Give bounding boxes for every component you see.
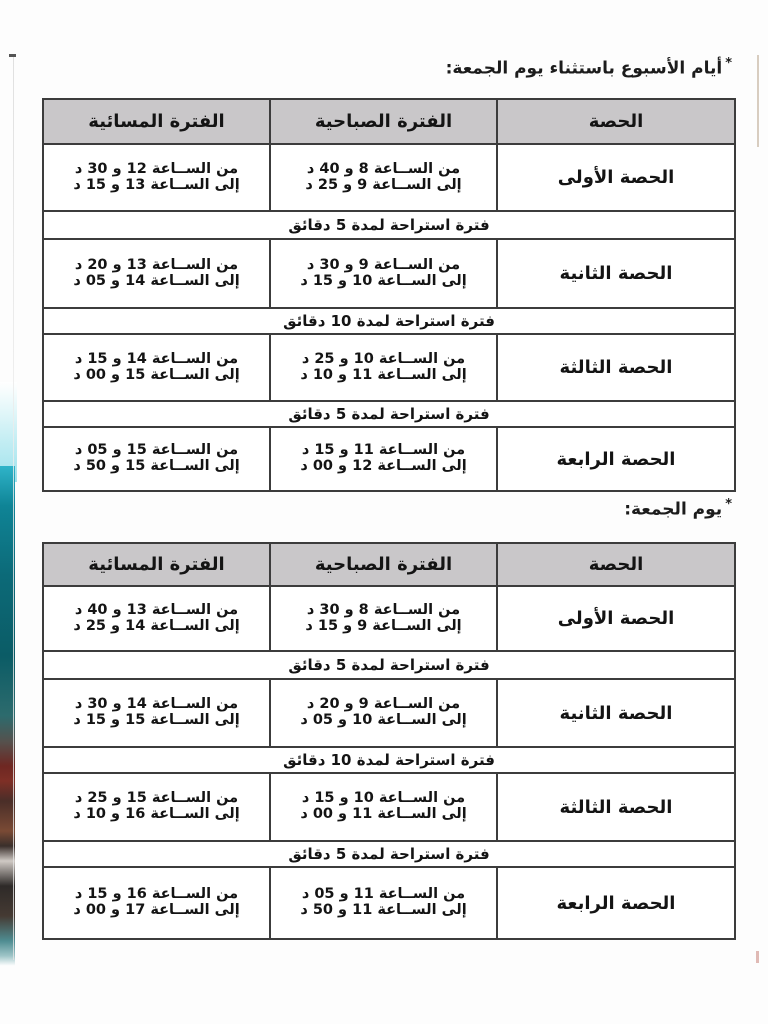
morning-from: من الســاعة 11 و 05 د xyxy=(302,887,465,903)
morning-to: إلى الســاعة 9 و 25 د xyxy=(305,178,461,194)
session-row: الحصة الرابعة من الســاعة 11 و 15 د إلى … xyxy=(43,427,735,491)
session-row: الحصة الثانية من الســاعة 9 و 20 د إلى ا… xyxy=(43,679,735,747)
note-weekdays-text: أيام الأسبوع باستثناء يوم الجمعة: xyxy=(446,59,723,79)
session-label: الحصة الرابعة xyxy=(497,427,735,491)
session-label: الحصة الأولى xyxy=(497,144,735,211)
break-row: فترة استراحة لمدة 5 دقائق xyxy=(43,841,735,867)
friday-schedule-table: الحصة الفترة الصباحية الفترة المسائية ال… xyxy=(42,542,736,940)
morning-times: من الســاعة 8 و 30 د إلى الســاعة 9 و 15… xyxy=(270,586,497,651)
morning-from: من الســاعة 9 و 30 د xyxy=(307,258,460,274)
morning-to: إلى الســاعة 10 و 05 د xyxy=(300,713,466,729)
evening-to: إلى الســاعة 14 و 25 د xyxy=(73,619,239,635)
morning-from: من الســاعة 8 و 30 د xyxy=(307,603,460,619)
page-fold-line xyxy=(13,55,14,960)
session-row: الحصة الرابعة من الســاعة 11 و 05 د إلى … xyxy=(43,867,735,939)
evening-times: من الســاعة 13 و 20 د إلى الســاعة 14 و … xyxy=(43,239,270,308)
col-header-evening: الفترة المسائية xyxy=(43,99,270,144)
evening-to: إلى الســاعة 15 و 00 د xyxy=(73,368,239,384)
morning-times: من الســاعة 9 و 20 د إلى الســاعة 10 و 0… xyxy=(270,679,497,747)
morning-to: إلى الســاعة 12 و 00 د xyxy=(300,459,466,475)
morning-to: إلى الســاعة 10 و 15 د xyxy=(300,274,466,290)
break-label: فترة استراحة لمدة 10 دقائق xyxy=(43,747,735,773)
col-header-morning: الفترة الصباحية xyxy=(270,543,497,586)
break-label: فترة استراحة لمدة 5 دقائق xyxy=(43,841,735,867)
col-header-session: الحصة xyxy=(497,99,735,144)
col-header-morning: الفترة الصباحية xyxy=(270,99,497,144)
evening-to: إلى الســاعة 15 و 15 د xyxy=(73,713,239,729)
morning-from: من الســاعة 9 و 20 د xyxy=(307,697,460,713)
document-page: *أيام الأسبوع باستثناء يوم الجمعة: الحصة… xyxy=(0,0,768,1024)
evening-from: من الســاعة 16 و 15 د xyxy=(75,887,238,903)
session-row: الحصة الأولى من الســاعة 8 و 30 د إلى ال… xyxy=(43,586,735,651)
session-label: الحصة الأولى xyxy=(497,586,735,651)
morning-times: من الســاعة 11 و 15 د إلى الســاعة 12 و … xyxy=(270,427,497,491)
asterisk: * xyxy=(725,497,732,512)
evening-from: من الســاعة 14 و 15 د xyxy=(75,352,238,368)
morning-times: من الســاعة 8 و 40 د إلى الســاعة 9 و 25… xyxy=(270,144,497,211)
evening-from: من الســاعة 15 و 05 د xyxy=(75,443,238,459)
scan-artifact-mark xyxy=(9,54,16,57)
session-row: الحصة الثالثة من الســاعة 10 و 15 د إلى … xyxy=(43,773,735,841)
morning-from: من الســاعة 8 و 40 د xyxy=(307,162,460,178)
evening-from: من الســاعة 13 و 40 د xyxy=(75,603,238,619)
break-label: فترة استراحة لمدة 5 دقائق xyxy=(43,651,735,679)
weekdays-schedule-table: الحصة الفترة الصباحية الفترة المسائية ال… xyxy=(42,98,736,492)
evening-to: إلى الســاعة 16 و 10 د xyxy=(73,807,239,823)
break-row: فترة استراحة لمدة 5 دقائق xyxy=(43,401,735,427)
evening-to: إلى الســاعة 15 و 50 د xyxy=(73,459,239,475)
break-row: فترة استراحة لمدة 10 دقائق xyxy=(43,308,735,334)
evening-times: من الســاعة 14 و 30 د إلى الســاعة 15 و … xyxy=(43,679,270,747)
evening-from: من الســاعة 15 و 25 د xyxy=(75,791,238,807)
morning-times: من الســاعة 10 و 15 د إلى الســاعة 11 و … xyxy=(270,773,497,841)
scan-artifact-bottom-mark xyxy=(756,951,759,963)
break-row: فترة استراحة لمدة 5 دقائق xyxy=(43,651,735,679)
session-label: الحصة الثانية xyxy=(497,239,735,308)
header-row: الحصة الفترة الصباحية الفترة المسائية xyxy=(43,99,735,144)
evening-from: من الســاعة 12 و 30 د xyxy=(75,162,238,178)
morning-from: من الســاعة 11 و 15 د xyxy=(302,443,465,459)
morning-to: إلى الســاعة 11 و 00 د xyxy=(300,807,466,823)
evening-times: من الســاعة 12 و 30 د إلى الســاعة 13 و … xyxy=(43,144,270,211)
morning-times: من الســاعة 10 و 25 د إلى الســاعة 11 و … xyxy=(270,334,497,401)
evening-to: إلى الســاعة 14 و 05 د xyxy=(73,274,239,290)
note-friday: *يوم الجمعة: xyxy=(624,497,732,520)
evening-from: من الســاعة 14 و 30 د xyxy=(75,697,238,713)
break-label: فترة استراحة لمدة 10 دقائق xyxy=(43,308,735,334)
note-weekdays: *أيام الأسبوع باستثناء يوم الجمعة: xyxy=(446,56,732,79)
morning-to: إلى الســاعة 11 و 10 د xyxy=(300,368,466,384)
header-row: الحصة الفترة الصباحية الفترة المسائية xyxy=(43,543,735,586)
session-label: الحصة الثالثة xyxy=(497,334,735,401)
session-row: الحصة الأولى من الســاعة 8 و 40 د إلى ال… xyxy=(43,144,735,211)
session-row: الحصة الثانية من الســاعة 9 و 30 د إلى ا… xyxy=(43,239,735,308)
evening-times: من الســاعة 13 و 40 د إلى الســاعة 14 و … xyxy=(43,586,270,651)
evening-times: من الســاعة 16 و 15 د إلى الســاعة 17 و … xyxy=(43,867,270,939)
col-header-session: الحصة xyxy=(497,543,735,586)
evening-times: من الســاعة 15 و 05 د إلى الســاعة 15 و … xyxy=(43,427,270,491)
session-label: الحصة الثالثة xyxy=(497,773,735,841)
evening-times: من الســاعة 14 و 15 د إلى الســاعة 15 و … xyxy=(43,334,270,401)
session-label: الحصة الرابعة xyxy=(497,867,735,939)
morning-times: من الســاعة 9 و 30 د إلى الســاعة 10 و 1… xyxy=(270,239,497,308)
evening-to: إلى الســاعة 17 و 00 د xyxy=(73,903,239,919)
asterisk: * xyxy=(725,56,732,71)
evening-to: إلى الســاعة 13 و 15 د xyxy=(73,178,239,194)
morning-from: من الســاعة 10 و 25 د xyxy=(302,352,465,368)
morning-from: من الســاعة 10 و 15 د xyxy=(302,791,465,807)
break-row: فترة استراحة لمدة 10 دقائق xyxy=(43,747,735,773)
session-label: الحصة الثانية xyxy=(497,679,735,747)
col-header-evening: الفترة المسائية xyxy=(43,543,270,586)
evening-times: من الســاعة 15 و 25 د إلى الســاعة 16 و … xyxy=(43,773,270,841)
scan-artifact-right-line xyxy=(757,55,759,147)
morning-to: إلى الســاعة 9 و 15 د xyxy=(305,619,461,635)
session-row: الحصة الثالثة من الســاعة 10 و 25 د إلى … xyxy=(43,334,735,401)
note-friday-text: يوم الجمعة: xyxy=(624,500,722,520)
evening-from: من الســاعة 13 و 20 د xyxy=(75,258,238,274)
morning-times: من الســاعة 11 و 05 د إلى الســاعة 11 و … xyxy=(270,867,497,939)
morning-to: إلى الســاعة 11 و 50 د xyxy=(300,903,466,919)
break-label: فترة استراحة لمدة 5 دقائق xyxy=(43,401,735,427)
break-label: فترة استراحة لمدة 5 دقائق xyxy=(43,211,735,239)
break-row: فترة استراحة لمدة 5 دقائق xyxy=(43,211,735,239)
